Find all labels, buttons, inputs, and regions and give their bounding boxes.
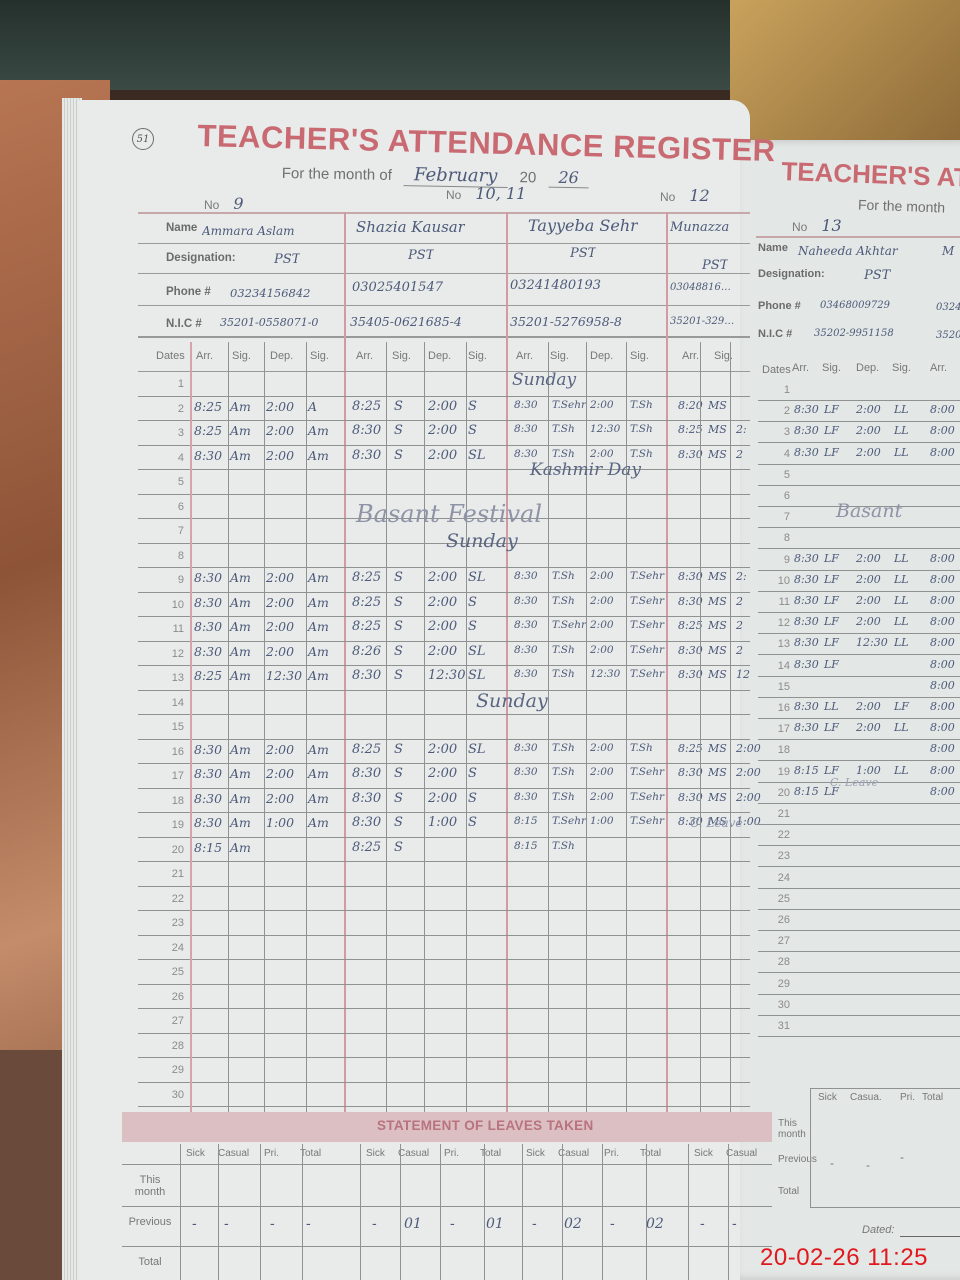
attendance-row: 208:15Am8:25S8:15T.Sh <box>138 838 750 863</box>
teacher-2-departure-cell: 2:00 <box>428 423 457 438</box>
right-page-title: TEACHER'S AT <box>781 156 960 194</box>
month-label: For the month of <box>282 165 392 184</box>
teacher-no-1: No9 <box>204 194 244 213</box>
teacher-2-arrival-signature-cell: S <box>394 595 403 610</box>
info-row-nic: N.I.C # 35201-0558071-0 35405-0621685-4 … <box>138 308 750 338</box>
leave-col-casual: Casual <box>726 1148 757 1159</box>
date-cell: 24 <box>158 942 184 954</box>
date-cell: 10 <box>158 599 184 611</box>
leave-previous-value: - <box>270 1216 275 1232</box>
right-arrival-cell: 8:30 <box>794 594 819 607</box>
teacher-1-arrival-cell: 8:30 <box>194 570 222 585</box>
note-kashmir-day: Kashmir Day <box>530 460 641 480</box>
teacher-3-designation: PST <box>570 246 596 261</box>
teacher-4-arrival-signature-cell: MS <box>708 399 727 412</box>
teacher-4-arrival-signature-cell: MS <box>708 423 727 436</box>
grid-line <box>586 342 587 1114</box>
right-sig-header: Sig. <box>892 362 911 374</box>
right-attendance-row: 31 <box>758 1016 960 1037</box>
teacher-4-name: Munazza <box>670 220 750 235</box>
leave-col-casual: Casual <box>398 1148 429 1159</box>
teacher-2-departure-signature-cell: S <box>468 815 477 830</box>
right-next-arrival-cell: 8:00 <box>930 700 955 713</box>
right-arrival-cell: 8:30 <box>794 658 819 671</box>
teacher-4-arrival-cell: 8:30 <box>678 644 703 657</box>
teacher-3-arrival-signature-cell: T.Sh <box>552 742 575 754</box>
right-attendance-row: 24 <box>758 868 960 889</box>
leave-col-pri: Pri. <box>264 1148 279 1159</box>
leave-previous-value: - <box>306 1216 311 1232</box>
date-cell: 15 <box>766 681 790 693</box>
teacher-1-departure-signature-cell: Am <box>308 644 329 659</box>
attendance-row: 168:30Am2:00Am8:25S2:00SL8:30T.Sh2:00T.S… <box>138 740 750 765</box>
teacher-2-arrival-cell: 8:30 <box>352 815 381 830</box>
leave-row-previous: Previous <box>126 1216 174 1228</box>
right-departure-signature-cell: LL <box>894 721 909 734</box>
note-sunday-15: Sunday <box>476 690 548 712</box>
dep-header: Dep. <box>270 350 293 362</box>
right-attendance-row: 25 <box>758 889 960 910</box>
teacher-3-arrival-cell: 8:30 <box>514 399 538 411</box>
right-departure-cell: 2:00 <box>856 552 881 565</box>
date-cell: 1 <box>158 378 184 390</box>
right-arr-header: Arr. <box>930 362 947 374</box>
attendance-row: 27 <box>138 1009 750 1034</box>
teacher-2-departure-signature-cell: SL <box>468 448 486 463</box>
teacher-3-departure-signature-cell: T.Sehr <box>630 570 664 582</box>
date-cell: 30 <box>158 1089 184 1101</box>
right-attendance-row: 188:00 <box>758 740 960 761</box>
teacher-3-arrival-signature-cell: T.Sehr <box>552 619 586 631</box>
leave-previous-value: - <box>732 1216 737 1232</box>
arr-header: Arr. <box>682 350 699 362</box>
sig-header: Sig. <box>392 350 411 362</box>
leave-col-pri: Pri. <box>444 1148 459 1159</box>
teacher-3-arrival-signature-cell: T.Sh <box>552 570 575 582</box>
right-departure-cell: 2:00 <box>856 615 881 628</box>
grid-line <box>700 342 701 1114</box>
teacher-3-departure-signature-cell: T.Sehr <box>630 815 664 827</box>
date-cell: 27 <box>158 1015 184 1027</box>
teacher-3-name: Tayyeba Sehr <box>528 216 638 235</box>
right-leaves-box <box>810 1088 960 1208</box>
attendance-row: 178:30Am2:00Am8:30S2:00S8:30T.Sh2:00T.Se… <box>138 764 750 789</box>
nic-label: N.I.C # <box>166 318 202 330</box>
date-cell: 7 <box>766 511 790 523</box>
teacher-4-departure-cell: 2 <box>736 644 743 657</box>
right-arrival-cell: 8:30 <box>794 721 819 734</box>
grid-line <box>424 342 425 1114</box>
teacher-1-arrival-cell: 8:30 <box>194 815 222 830</box>
leave-row-this-month: This month <box>126 1174 174 1198</box>
grid-line <box>122 1164 772 1165</box>
teacher-1-arrival-signature-cell: Am <box>230 399 251 414</box>
attendance-row: 29 <box>138 1058 750 1083</box>
leave-col-sick: Sick <box>694 1148 713 1159</box>
right-arrival-signature-cell: LF <box>824 552 839 565</box>
date-cell: 8 <box>766 532 790 544</box>
attendance-row: 1 <box>138 372 750 397</box>
sig-header: Sig. <box>232 350 251 362</box>
teacher-1-arrival-cell: 8:30 <box>194 791 222 806</box>
date-cell: 7 <box>158 525 184 537</box>
right-arr-header: Arr. <box>792 362 809 374</box>
leave-previous-value: 02 <box>646 1216 664 1232</box>
right-departure-signature-cell: LL <box>894 573 909 586</box>
camera-timestamp: 20-02-26 11:25 <box>760 1244 928 1272</box>
right-arrival-cell: 8:30 <box>794 403 819 416</box>
teacher-1-arrival-signature-cell: Am <box>230 423 251 438</box>
teacher-3-departure-signature-cell: T.Sh <box>630 448 653 460</box>
teacher-2-arrival-signature-cell: S <box>394 644 403 659</box>
teacher-1-designation: PST <box>274 252 300 267</box>
teacher-3-departure-cell: 12:30 <box>590 668 620 680</box>
teacher-4-arrival-signature-cell: MS <box>708 619 727 632</box>
teacher-2-arrival-cell: 8:25 <box>352 619 381 634</box>
teacher-1-departure-cell: 2:00 <box>266 423 294 438</box>
teacher-1-departure-signature-cell: Am <box>308 595 329 610</box>
info-row-name: Name Ammara Aslam Shazia Kausar Tayyeba … <box>138 214 750 244</box>
teacher-1-arrival-cell: 8:30 <box>194 742 222 757</box>
right-departure-cell: 2:00 <box>856 700 881 713</box>
right-leave-row-total: Total <box>778 1186 799 1197</box>
teacher-2-departure-signature-cell: SL <box>468 668 486 683</box>
note-basant-festival: Basant Festival <box>356 500 542 528</box>
grid-line <box>122 1246 772 1247</box>
teacher-1-nic: 35201-0558071-0 <box>220 316 318 329</box>
teacher-2-departure-cell: 2:00 <box>428 644 457 659</box>
date-cell: 13 <box>766 638 790 650</box>
teacher-3-arrival-cell: 8:30 <box>514 619 538 631</box>
page-number-badge: 51 <box>132 128 154 150</box>
teacher-1-arrival-signature-cell: Am <box>230 791 251 806</box>
right-next-arrival-cell: 8:00 <box>930 679 955 692</box>
background-object-top-right <box>730 0 960 150</box>
leave-row-total: Total <box>126 1256 174 1268</box>
teacher-4-arrival-cell: 8:30 <box>678 595 703 608</box>
teacher-4-arrival-cell: 8:25 <box>678 742 703 755</box>
teacher-3-arrival-cell: 8:30 <box>514 668 538 680</box>
teacher-1-arrival-signature-cell: Am <box>230 742 251 757</box>
dep-header: Dep. <box>428 350 451 362</box>
date-cell: 5 <box>766 469 790 481</box>
right-arrival-cell: 8:30 <box>794 636 819 649</box>
date-cell: 28 <box>158 1040 184 1052</box>
teacher-3-departure-cell: 1:00 <box>590 815 614 827</box>
right-arrival-signature-cell: LF <box>824 573 839 586</box>
teacher-2-arrival-signature-cell: S <box>394 399 403 414</box>
teacher-4-departure-cell: 12 <box>736 668 750 681</box>
teacher-2-arrival-signature-cell: S <box>394 668 403 683</box>
right-teacher-name-2: M <box>942 244 954 258</box>
date-cell: 2 <box>766 405 790 417</box>
note-c-leave: C. Leave <box>690 816 743 830</box>
date-cell: 13 <box>158 672 184 684</box>
date-cell: 8 <box>158 550 184 562</box>
info-row-phone: Phone # 03234156842 03025401547 03241480… <box>138 276 750 306</box>
date-cell: 15 <box>158 721 184 733</box>
teacher-3-arrival-signature-cell: T.Sh <box>552 448 575 460</box>
teacher-1-arrival-signature-cell: Am <box>230 815 251 830</box>
teacher-2-departure-cell: 2:00 <box>428 399 457 414</box>
date-cell: 3 <box>158 427 184 439</box>
teacher-3-departure-signature-cell: T.Sh <box>630 423 653 435</box>
date-cell: 12 <box>158 648 184 660</box>
right-note-c-leave: C. Leave <box>830 776 878 789</box>
right-arrival-signature-cell: LF <box>824 721 839 734</box>
designation-label: Designation: <box>166 252 236 264</box>
teacher-1-departure-cell: 1:00 <box>266 815 294 830</box>
teacher-3-departure-cell: 2:00 <box>590 619 614 631</box>
teacher-2-departure-cell: 2:00 <box>428 448 457 463</box>
teacher-3-arrival-cell: 8:30 <box>514 448 538 460</box>
date-cell: 20 <box>766 787 790 799</box>
teacher-1-departure-cell: 2:00 <box>266 742 294 757</box>
teacher-2-arrival-signature-cell: S <box>394 815 403 830</box>
date-cell: 17 <box>766 723 790 735</box>
teacher-1-arrival-signature-cell: Am <box>230 570 251 585</box>
teacher-3-departure-signature-cell: T.Sh <box>630 399 653 411</box>
teacher-2-arrival-signature-cell: S <box>394 742 403 757</box>
right-departure-cell: 2:00 <box>856 424 881 437</box>
teacher-1-departure-cell: 2:00 <box>266 399 294 414</box>
teacher-2-arrival-signature-cell: S <box>394 570 403 585</box>
teacher-4-arrival-signature-cell: MS <box>708 668 727 681</box>
teacher-1-departure-cell: 2:00 <box>266 644 294 659</box>
right-attendance-row: 8 <box>758 528 960 549</box>
right-departure-cell: 2:00 <box>856 721 881 734</box>
attendance-row: 22 <box>138 887 750 912</box>
right-next-arrival-cell: 8:00 <box>930 721 955 734</box>
leave-previous-value: 01 <box>404 1216 422 1232</box>
teacher-3-departure-cell: 2:00 <box>590 448 614 460</box>
grid-line <box>730 342 731 1114</box>
teacher-3-departure-signature-cell: T.Sehr <box>630 619 664 631</box>
teacher-2-arrival-cell: 8:30 <box>352 791 381 806</box>
right-attendance-row: 98:30LF2:00LL8:00 <box>758 550 960 571</box>
right-next-arrival-cell: 8:00 <box>930 636 955 649</box>
teacher-4-arrival-cell: 8:30 <box>678 791 703 804</box>
teacher-3-departure-signature-cell: T.Sh <box>630 742 653 754</box>
teacher-4-arrival-signature-cell: MS <box>708 791 727 804</box>
teacher-1-name: Ammara Aslam <box>202 224 294 238</box>
teacher-3-departure-cell: 2:00 <box>590 766 614 778</box>
date-cell: 16 <box>766 702 790 714</box>
teacher-1-departure-signature-cell: Am <box>308 791 329 806</box>
teacher-2-departure-signature-cell: SL <box>468 644 486 659</box>
teacher-2-departure-cell: 12:30 <box>428 668 465 683</box>
teacher-3-departure-signature-cell: T.Sehr <box>630 791 664 803</box>
right-departure-signature-cell: LF <box>894 700 909 713</box>
teacher-1-arrival-signature-cell: Am <box>230 840 251 855</box>
grid-line <box>466 342 467 1114</box>
teacher-4-departure-cell: 2 <box>736 448 743 461</box>
teacher-3-arrival-cell: 8:30 <box>514 791 538 803</box>
right-dates-header: Dates <box>762 364 791 376</box>
attendance-row: 138:25Am12:30Am8:30S12:30SL8:30T.Sh12:30… <box>138 666 750 691</box>
right-attendance-row: 108:30LF2:00LL8:00 <box>758 571 960 592</box>
right-arrival-signature-cell: LF <box>824 636 839 649</box>
right-arrival-cell: 8:30 <box>794 573 819 586</box>
dated-line <box>900 1236 960 1237</box>
leave-col-total: Total <box>640 1148 661 1159</box>
right-arrival-cell: 8:30 <box>794 552 819 565</box>
teacher-4-arrival-signature-cell: MS <box>708 742 727 755</box>
teacher-2-arrival-cell: 8:30 <box>352 448 381 463</box>
info-row-designation: Designation: PST PST PST PST <box>138 244 750 274</box>
date-cell: 26 <box>158 991 184 1003</box>
teacher-4-arrival-cell: 8:30 <box>678 448 703 461</box>
date-cell: 30 <box>766 999 790 1011</box>
teacher-2-arrival-signature-cell: S <box>394 619 403 634</box>
teacher-4-arrival-cell: 8:30 <box>678 668 703 681</box>
teacher-1-departure-signature-cell: Am <box>308 668 329 683</box>
grid-line <box>626 342 627 1114</box>
grid-header: Dates Arr. Sig. Dep. Sig. Arr. Sig. Dep.… <box>138 342 750 372</box>
teacher-1-arrival-cell: 8:30 <box>194 448 222 463</box>
teacher-2-arrival-cell: 8:30 <box>352 423 381 438</box>
teacher-1-departure-signature-cell: Am <box>308 766 329 781</box>
teacher-1-arrival-cell: 8:15 <box>194 840 222 855</box>
right-teacher-nic-2: 3520 <box>936 330 960 341</box>
attendance-row: 5 <box>138 470 750 495</box>
teacher-3-departure-cell: 12:30 <box>590 423 620 435</box>
teacher-2-arrival-cell: 8:25 <box>352 570 381 585</box>
right-nic-label: N.I.C # <box>758 328 792 340</box>
teacher-3-arrival-cell: 8:30 <box>514 766 538 778</box>
leave-col-total: Total <box>300 1148 321 1159</box>
right-teacher-phone: 03468009729 <box>820 300 890 311</box>
teacher-2-departure-cell: 2:00 <box>428 791 457 806</box>
teacher-4-departure-cell: 2 <box>736 595 743 608</box>
attendance-row: 48:30Am2:00Am8:30S2:00SL8:30T.Sh2:00T.Sh… <box>138 446 750 471</box>
right-attendance-row: 21 <box>758 804 960 825</box>
leaves-statement-band: STATEMENT OF LEAVES TAKEN <box>122 1112 772 1142</box>
right-attendance-row: 128:30LF2:00LL8:00 <box>758 613 960 634</box>
teacher-2-departure-signature-cell: S <box>468 399 477 414</box>
leave-previous-value: - <box>224 1216 229 1232</box>
date-cell: 11 <box>766 596 790 608</box>
teacher-no-value: 9 <box>233 194 243 213</box>
teacher-4-arrival-cell: 8:20 <box>678 399 703 412</box>
date-cell: 1 <box>766 384 790 396</box>
right-next-arrival-cell: 8:00 <box>930 594 955 607</box>
right-next-arrival-cell: 8:00 <box>930 615 955 628</box>
right-name-label: Name <box>758 242 788 254</box>
sig-header: Sig. <box>550 350 569 362</box>
teacher-4-arrival-signature-cell: MS <box>708 570 727 583</box>
teacher-2-arrival-cell: 8:25 <box>352 742 381 757</box>
grid-line <box>122 1206 772 1207</box>
attendance-row: 188:30Am2:00Am8:30S2:00S8:30T.Sh2:00T.Se… <box>138 789 750 814</box>
teacher-3-arrival-signature-cell: T.Sh <box>552 644 575 656</box>
right-departure-signature-cell: LL <box>894 636 909 649</box>
teacher-4-arrival-signature-cell: MS <box>708 766 727 779</box>
attendance-row: 25 <box>138 960 750 985</box>
date-cell: 22 <box>158 893 184 905</box>
date-cell: 3 <box>766 426 790 438</box>
right-dep-header: Dep. <box>856 362 879 374</box>
right-arrival-signature-cell: LF <box>824 403 839 416</box>
leave-col-pri: Pri. <box>604 1148 619 1159</box>
attendance-row: 14 <box>138 691 750 716</box>
leave-previous-value: - <box>700 1216 705 1232</box>
date-cell: 26 <box>766 914 790 926</box>
right-attendance-row: 28:30LF2:00LL8:00 <box>758 401 960 422</box>
sig-header: Sig. <box>630 350 649 362</box>
attendance-row: 21 <box>138 862 750 887</box>
leave-previous-value: - <box>450 1216 455 1232</box>
teacher-1-departure-cell: 2:00 <box>266 619 294 634</box>
right-arrival-signature-cell: LL <box>824 700 839 713</box>
right-arrival-signature-cell: LF <box>824 764 839 777</box>
right-designation-label: Designation: <box>758 268 825 280</box>
attendance-row: 108:30Am2:00Am8:25S2:00S8:30T.Sh2:00T.Se… <box>138 593 750 618</box>
teacher-2-arrival-cell: 8:25 <box>352 840 381 855</box>
teacher-2-arrival-signature-cell: S <box>394 791 403 806</box>
date-cell: 22 <box>766 829 790 841</box>
right-departure-cell: 2:00 <box>856 446 881 459</box>
attendance-row: 15 <box>138 715 750 740</box>
teacher-1-arrival-signature-cell: Am <box>230 766 251 781</box>
right-next-arrival-cell: 8:00 <box>930 764 955 777</box>
teacher-2-departure-signature-cell: S <box>468 791 477 806</box>
attendance-row: 8 <box>138 544 750 569</box>
teacher-1-arrival-signature-cell: Am <box>230 644 251 659</box>
right-attendance-row: 148:30LF8:00 <box>758 656 960 677</box>
date-cell: 2 <box>158 403 184 415</box>
teacher-4-departure-cell: 2: <box>736 423 747 436</box>
teacher-1-departure-cell: 2:00 <box>266 595 294 610</box>
date-cell: 28 <box>766 956 790 968</box>
date-cell: 4 <box>766 448 790 460</box>
right-departure-signature-cell: LL <box>894 403 909 416</box>
right-attendance-row: 23 <box>758 846 960 867</box>
name-label: Name <box>166 222 197 234</box>
date-cell: 19 <box>766 766 790 778</box>
year-suffix: 26 <box>548 168 589 189</box>
teacher-2-designation: PST <box>408 248 434 263</box>
teacher-2-departure-cell: 2:00 <box>428 619 457 634</box>
teacher-1-departure-signature-cell: A <box>308 399 317 414</box>
teacher-3-departure-signature-cell: T.Sehr <box>630 644 664 656</box>
right-sig-header: Sig. <box>822 362 841 374</box>
date-cell: 25 <box>766 893 790 905</box>
teacher-3-arrival-signature-cell: T.Sehr <box>552 399 586 411</box>
right-next-arrival-cell: 8:00 <box>930 552 955 565</box>
teacher-3-arrival-signature-cell: T.Sh <box>552 766 575 778</box>
leave-previous-value: - <box>532 1216 537 1232</box>
teacher-1-arrival-cell: 8:25 <box>194 423 222 438</box>
teacher-4-arrival-cell: 8:30 <box>678 570 703 583</box>
right-next-arrival-cell: 8:00 <box>930 446 955 459</box>
teacher-3-departure-cell: 2:00 <box>590 399 614 411</box>
teacher-2-departure-cell: 2:00 <box>428 595 457 610</box>
teacher-2-departure-cell: 2:00 <box>428 766 457 781</box>
sig-header: Sig. <box>310 350 329 362</box>
right-attendance-row: 48:30LF2:00LL8:00 <box>758 444 960 465</box>
date-cell: 17 <box>158 770 184 782</box>
date-cell: 6 <box>766 490 790 502</box>
right-departure-cell: 2:00 <box>856 403 881 416</box>
leave-previous-value: - <box>192 1216 197 1232</box>
date-cell: 31 <box>766 1020 790 1032</box>
attendance-row: 98:30Am2:00Am8:25S2:00SL8:30T.Sh2:00T.Se… <box>138 568 750 593</box>
teacher-4-arrival-signature-cell: MS <box>708 644 727 657</box>
right-page-month-label: For the month <box>858 196 946 215</box>
teacher-2-departure-signature-cell: S <box>468 619 477 634</box>
right-teacher-info: Name Naheeda Akhtar M Designation: PST P… <box>756 236 960 346</box>
